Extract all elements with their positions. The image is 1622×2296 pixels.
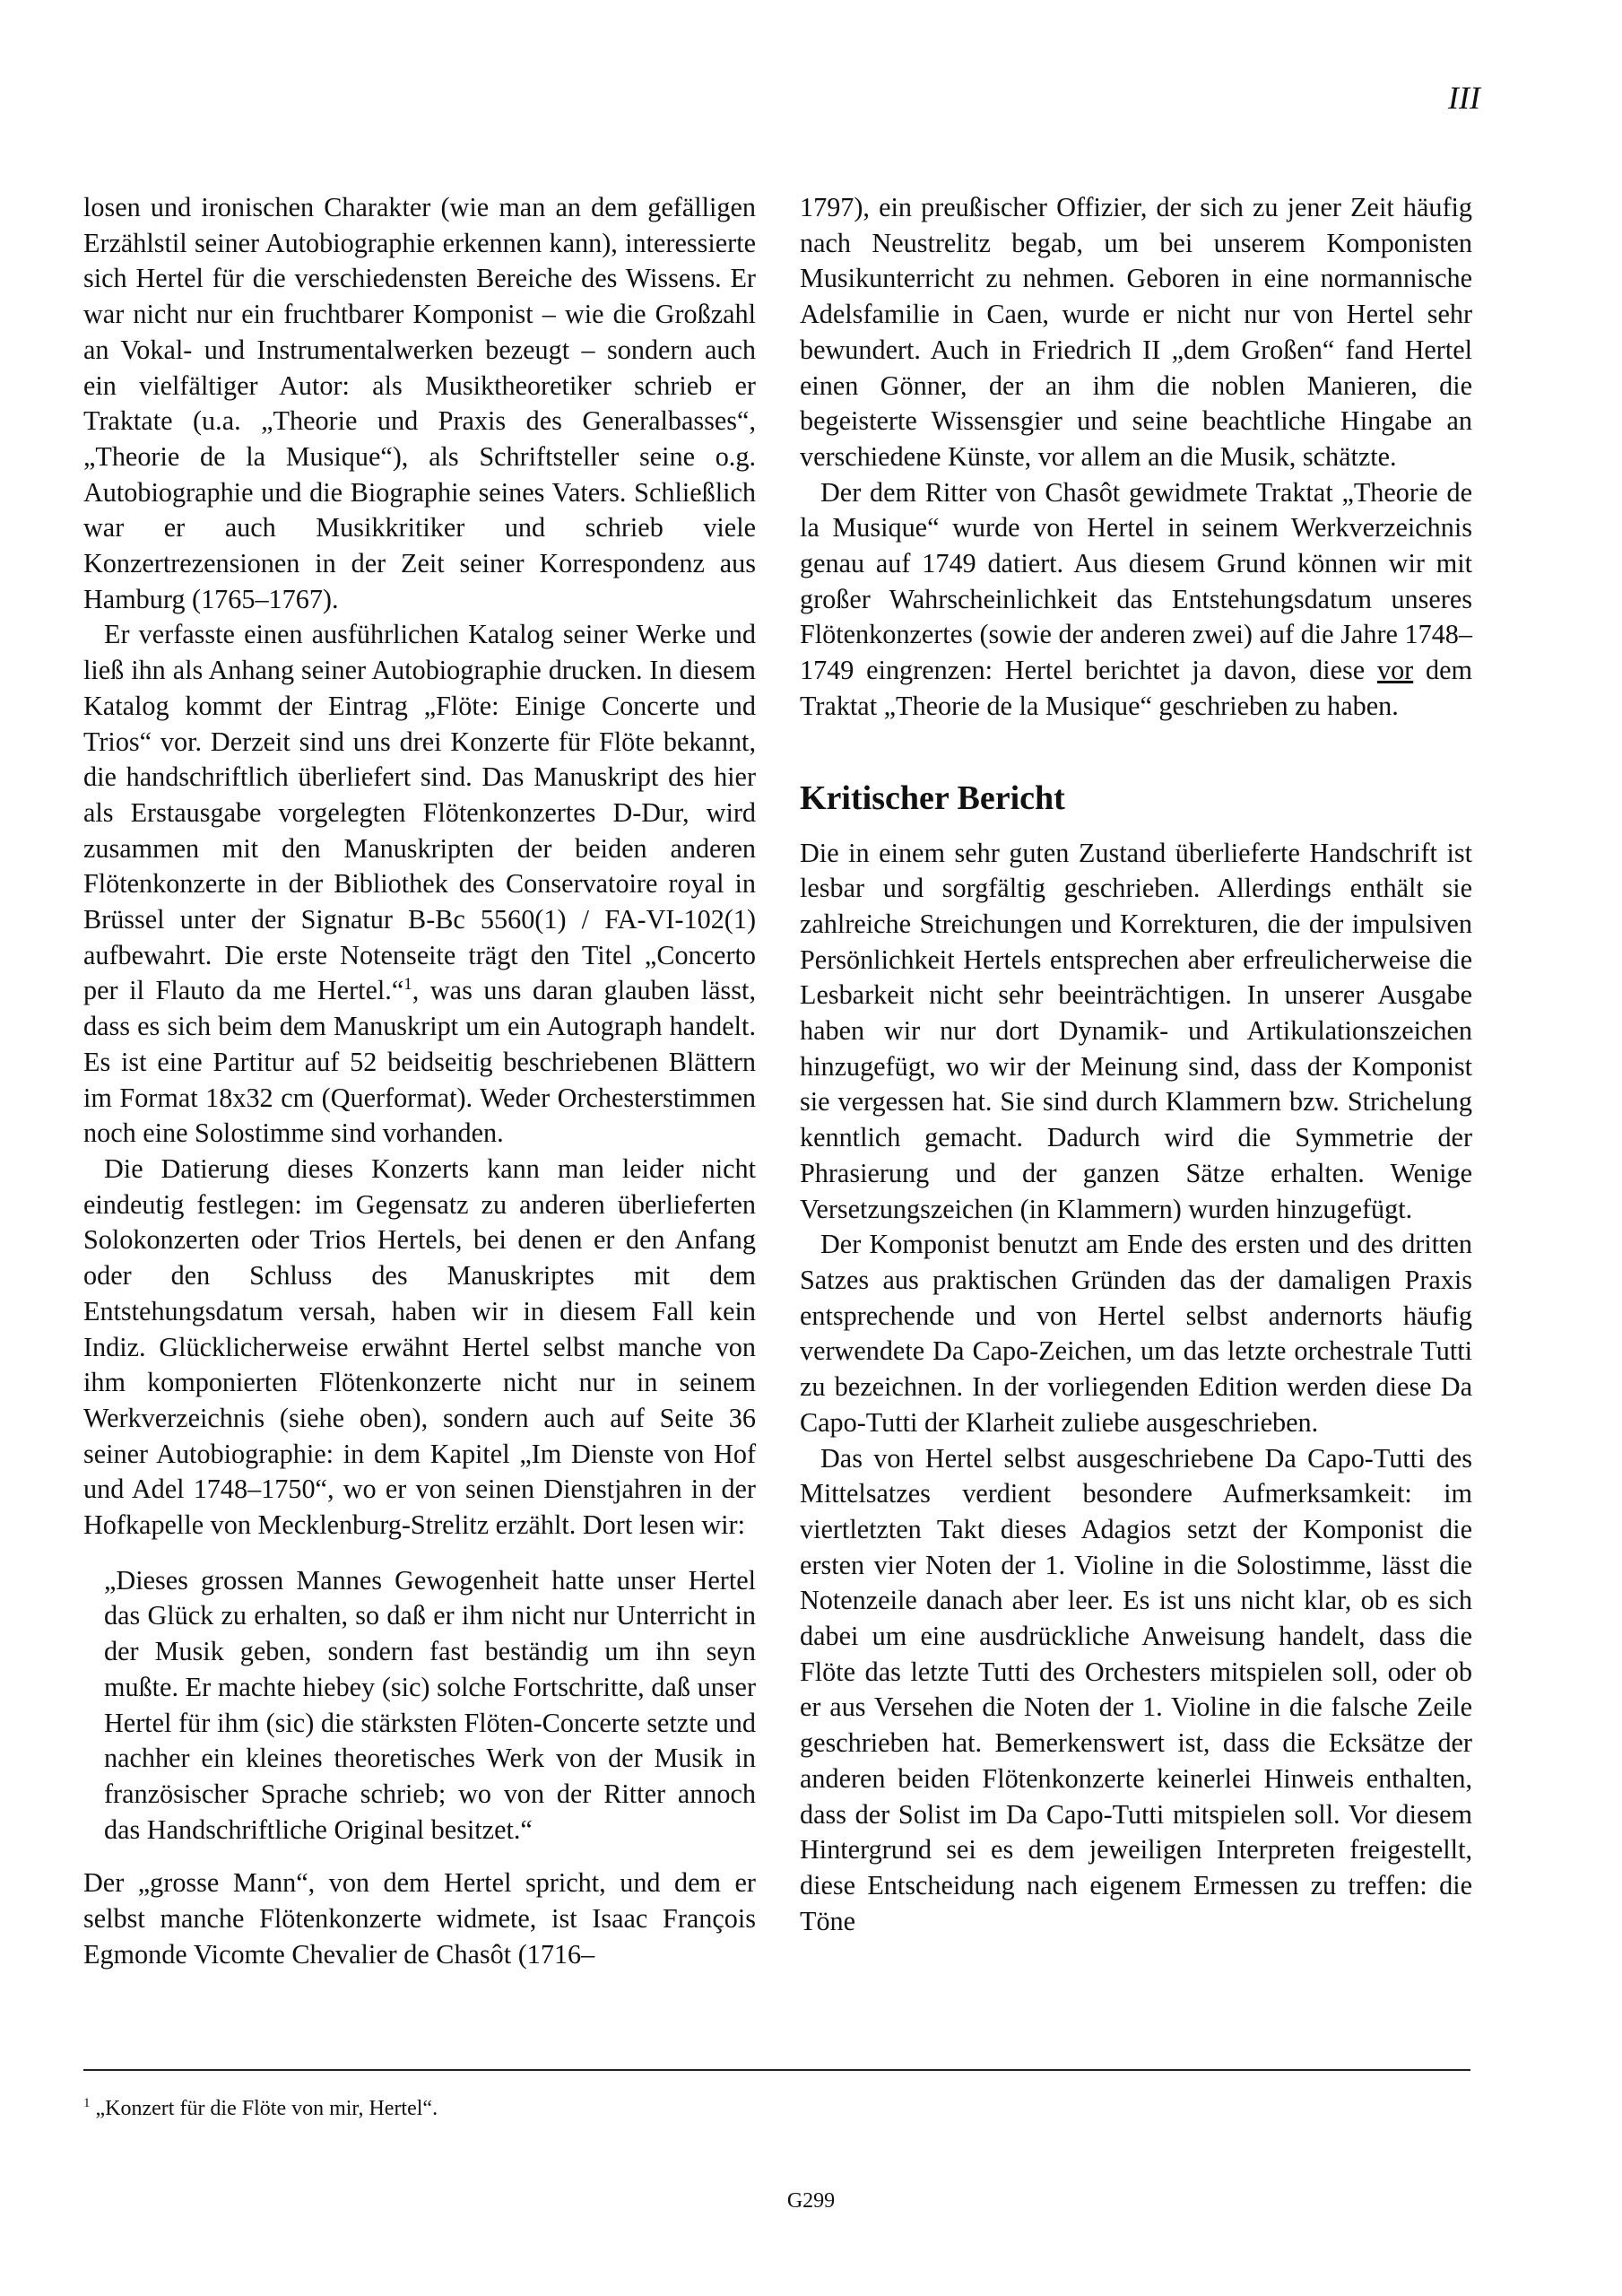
paragraph: Die Datierung dieses Konzerts kann man l… <box>83 1152 756 1544</box>
paragraph: Der Komponist benutzt am Ende des ersten… <box>800 1227 1472 1440</box>
footnote-text: „Konzert für die Flöte von mir, Hertel“. <box>96 2097 438 2120</box>
paragraph: Das von Hertel selbst ausgeschriebene Da… <box>800 1441 1472 1940</box>
underlined-word: vor <box>1377 655 1413 685</box>
paragraph: Der dem Ritter von Chasôt gewidmete Trak… <box>800 475 1472 725</box>
section-heading: Kritischer Bericht <box>800 778 1472 818</box>
page-number: G299 <box>0 2189 1622 2213</box>
paragraph-text: Er verfasste einen ausführlichen Katalog… <box>83 619 756 1005</box>
left-column: losen und ironischen Charakter (wie man … <box>83 190 756 1972</box>
paragraph: Der „grosse Mann“, von dem Hertel sprich… <box>83 1865 756 1972</box>
paragraph: losen und ironischen Charakter (wie man … <box>83 190 756 617</box>
footnote-number: 1 <box>83 2096 91 2110</box>
footnote-reference[interactable]: 1 <box>403 975 412 994</box>
paragraph-with-footnote: Er verfasste einen ausführlichen Katalog… <box>83 617 756 1152</box>
footnote: 1„Konzert für die Flöte von mir, Hertel“… <box>83 2090 438 2122</box>
footnote-divider <box>83 2069 1470 2071</box>
page-header-roman-numeral: III <box>1448 79 1480 117</box>
paragraph-text: Der dem Ritter von Chasôt gewidmete Trak… <box>800 477 1472 686</box>
paragraph: 1797), ein preußischer Offizier, der sic… <box>800 190 1472 475</box>
paragraph: Die in einem sehr guten Zustand überlief… <box>800 836 1472 1228</box>
block-quote: „Dieses grossen Mannes Gewogenheit hatte… <box>104 1563 756 1848</box>
right-column: 1797), ein preußischer Offizier, der sic… <box>800 190 1472 1939</box>
